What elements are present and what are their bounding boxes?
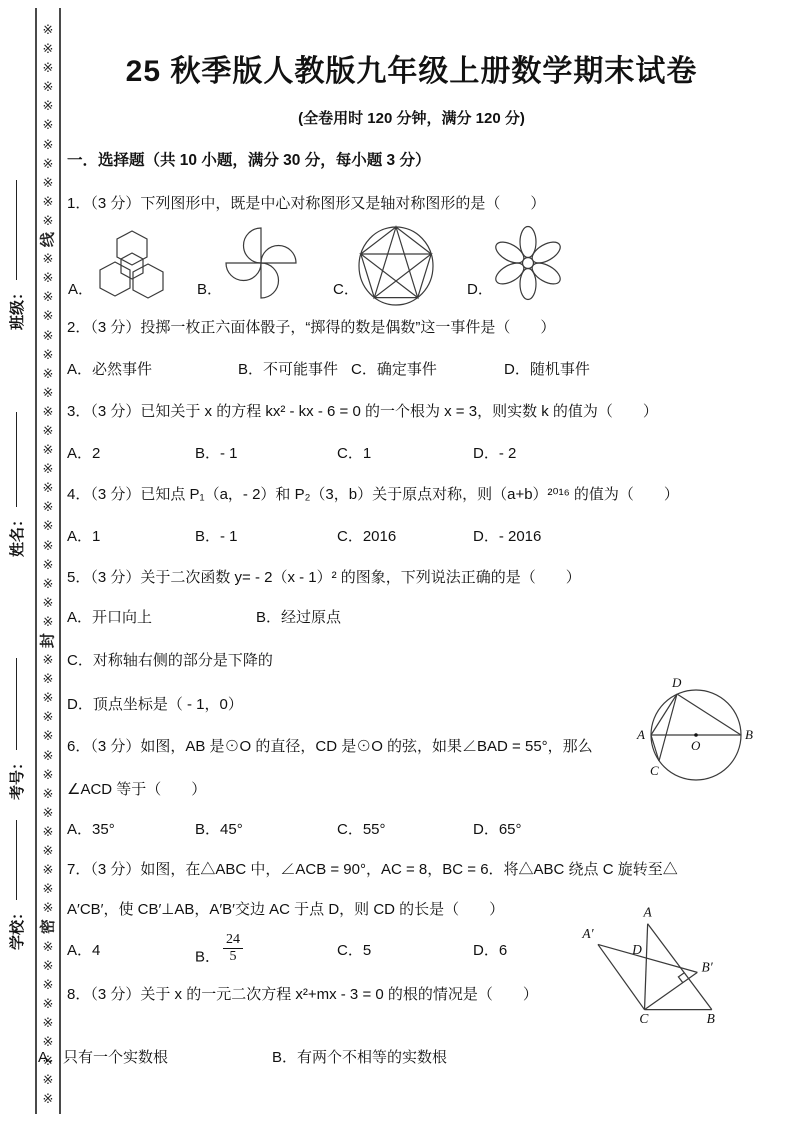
q1-figure-c-star-circle xyxy=(356,226,436,306)
flower-petals xyxy=(492,227,563,300)
q3-option-c: C．1 xyxy=(337,444,371,464)
q2-option-d: D．随机事件 xyxy=(504,360,590,380)
seal-symbol: ※ xyxy=(36,115,60,134)
q2-option-a: A．必然事件 xyxy=(67,360,152,380)
seal-symbol: ※ xyxy=(36,879,60,898)
exam-paper-page: ※※※※※※※※※※※线※※※※※※※※※※※※※※※※※※※※封※※※※※※※… xyxy=(0,0,793,1122)
seal-symbol: ※ xyxy=(36,421,60,440)
point-label-d: D xyxy=(631,942,642,957)
school-field-label: 学校： xyxy=(6,905,27,950)
seal-symbol: ※ xyxy=(36,516,60,535)
q4-option-d: D．- 2016 xyxy=(473,527,541,547)
class-field-blank xyxy=(15,180,17,280)
q7-option-a: A．4 xyxy=(67,941,100,961)
seal-symbol: ※ xyxy=(36,135,60,154)
point-label-a-prime: A′ xyxy=(581,926,594,941)
q1-figure-b-pinwheel xyxy=(220,222,302,304)
seal-symbol: ※ xyxy=(36,154,60,173)
seal-symbol: ※ xyxy=(36,841,60,860)
class-field: 班级： xyxy=(6,150,26,330)
q4-option-a: A．1 xyxy=(67,527,100,547)
seal-column: ※※※※※※※※※※※线※※※※※※※※※※※※※※※※※※※※封※※※※※※※… xyxy=(36,20,60,1108)
flower-center xyxy=(523,258,534,269)
hexagon-shape xyxy=(133,264,163,298)
seal-symbol: ※ xyxy=(36,669,60,688)
outer-circle xyxy=(359,227,433,305)
question-3-text: 3．（3 分）已知关于 x 的方程 kx² - kx - 6 = 0 的一个根为… xyxy=(67,402,658,422)
point-label-c: C xyxy=(650,763,659,778)
q5-option-c: C．对称轴右侧的部分是下降的 xyxy=(67,651,273,671)
right-angle-mark xyxy=(678,973,684,983)
q6-option-b: B．45° xyxy=(195,820,243,840)
q6-figure-circle-diagram: A B D C O xyxy=(628,672,768,800)
question-6-text: 6．（3 分）如图，AB 是⊙O 的直径，CD 是⊙O 的弦，如果∠BAD = … xyxy=(67,737,593,757)
class-field-label: 班级： xyxy=(6,285,27,330)
seal-symbol: ※ xyxy=(36,326,60,345)
page-subtitle: (全卷用时 120 分钟，满分 120 分) xyxy=(63,107,760,128)
question-2-text: 2．（3 分）投掷一枚正六面体骰子，“掷得的数是偶数”这一事件是（ ） xyxy=(67,318,555,338)
q1-option-b-label: B． xyxy=(197,280,222,300)
seal-symbol: ※ xyxy=(36,173,60,192)
q3-option-d: D．- 2 xyxy=(473,444,516,464)
q3-option-a: A．2 xyxy=(67,444,100,464)
seal-symbol: ※ xyxy=(36,574,60,593)
q5-option-d: D．顶点坐标是（ - 1，0） xyxy=(67,695,243,715)
fraction-numerator: 24 xyxy=(223,932,243,949)
seal-symbol: ※ xyxy=(36,803,60,822)
question-5-text: 5．（3 分）关于二次函数 y= - 2（x - 1）² 的图象，下列说法正确的… xyxy=(67,568,581,588)
seal-symbol: ※ xyxy=(36,860,60,879)
q1-option-a-label: A． xyxy=(68,280,93,300)
seal-symbol: ※ xyxy=(36,937,60,956)
point-label-b: B xyxy=(745,727,753,742)
seal-symbol: ※ xyxy=(36,1013,60,1032)
q1-figure-a-hexagons xyxy=(93,226,171,306)
seal-symbol: ※ xyxy=(36,459,60,478)
q2-option-b: B．不可能事件 xyxy=(238,360,338,380)
q1-option-c-label: C． xyxy=(333,280,359,300)
seal-symbol: ※ xyxy=(36,249,60,268)
seal-symbol: ※ xyxy=(36,765,60,784)
q6-option-d: D．65° xyxy=(473,820,522,840)
seal-symbol: ※ xyxy=(36,1070,60,1089)
q5-option-b: B．经过原点 xyxy=(256,608,341,628)
seal-symbol: ※ xyxy=(36,39,60,58)
question-7-text: 7．（3 分）如图，在△ABC 中，∠ACB = 90°，AC = 8，BC =… xyxy=(67,860,678,880)
seal-symbol: ※ xyxy=(36,478,60,497)
q3-option-b: B．- 1 xyxy=(195,444,238,464)
seal-character: 密 xyxy=(38,915,57,939)
seal-symbol: ※ xyxy=(36,707,60,726)
hexagon-shape xyxy=(100,262,130,296)
seal-symbol: ※ xyxy=(36,956,60,975)
seal-symbol: ※ xyxy=(36,497,60,516)
name-field-blank xyxy=(15,412,17,507)
q6-option-a: A．35° xyxy=(67,820,115,840)
seal-symbol: ※ xyxy=(36,536,60,555)
seal-symbol: ※ xyxy=(36,96,60,115)
seal-symbol: ※ xyxy=(36,58,60,77)
seal-symbol: ※ xyxy=(36,77,60,96)
point-label-d: D xyxy=(671,675,682,690)
q6-option-c: C．55° xyxy=(337,820,386,840)
question-1-text: 1．（3 分）下列图形中，既是中心对称图形又是轴对称图形的是（ ） xyxy=(67,194,545,214)
seal-symbol: ※ xyxy=(36,555,60,574)
seal-symbol: ※ xyxy=(36,383,60,402)
exam-number-field: 考号： xyxy=(6,640,26,800)
q8-option-b: B．有两个不相等的实数根 xyxy=(272,1048,447,1068)
center-point-o xyxy=(694,733,698,737)
q7-figure-triangle-diagram: A A′ D B′ C B xyxy=(558,903,758,1048)
q1-figure-d-flower xyxy=(489,224,567,302)
school-field: 学校： xyxy=(6,810,26,950)
q7-option-d: D．6 xyxy=(473,941,507,961)
point-label-a: A xyxy=(636,727,645,742)
seal-symbol: ※ xyxy=(36,650,60,669)
seal-character: 封 xyxy=(38,629,57,653)
fraction: 245 xyxy=(223,932,243,965)
point-label-a: A xyxy=(643,904,653,919)
seal-symbol: ※ xyxy=(36,975,60,994)
seal-symbol: ※ xyxy=(36,1089,60,1108)
seal-symbol: ※ xyxy=(36,306,60,325)
point-label-o: O xyxy=(691,738,701,753)
question-4-text: 4．（3 分）已知点 P₁（a，- 2）和 P₂（3，b）关于原点对称，则（a+… xyxy=(67,485,679,505)
q7-option-b-label: B． xyxy=(195,949,220,966)
point-label-b-prime: B′ xyxy=(702,959,714,974)
seal-symbol: ※ xyxy=(36,784,60,803)
chord-ac xyxy=(651,735,659,761)
seal-symbol: ※ xyxy=(36,746,60,765)
q7-option-c: C．5 xyxy=(337,941,371,961)
seal-character: 线 xyxy=(38,228,57,252)
seal-symbol: ※ xyxy=(36,688,60,707)
question-6-text-line2: ∠ACD 等于（ ） xyxy=(67,780,206,800)
name-field: 姓名： xyxy=(6,397,26,557)
school-field-blank xyxy=(15,820,17,900)
seal-symbol: ※ xyxy=(36,268,60,287)
seal-symbol: ※ xyxy=(36,402,60,421)
seal-symbol: ※ xyxy=(36,994,60,1013)
seal-symbol: ※ xyxy=(36,822,60,841)
seal-symbol: ※ xyxy=(36,593,60,612)
seal-symbol: ※ xyxy=(36,20,60,39)
segment-c-b-prime xyxy=(645,972,698,1009)
exam-number-field-blank xyxy=(15,658,17,750)
chord-db xyxy=(677,694,741,735)
q8-option-a: A．只有一个实数根 xyxy=(38,1048,168,1068)
q4-option-c: C．2016 xyxy=(337,527,396,547)
seal-symbol: ※ xyxy=(36,726,60,745)
page-title: 25 秋季版人教版九年级上册数学期末试卷 xyxy=(63,46,760,90)
section-heading: 一．选择题（共 10 小题，满分 30 分，每小题 3 分） xyxy=(67,148,430,170)
seal-symbol: ※ xyxy=(36,440,60,459)
hexagon-shape xyxy=(121,253,143,279)
segment-ac xyxy=(645,924,648,1010)
segment-a-prime-b-prime xyxy=(598,944,697,972)
fraction-denominator: 5 xyxy=(223,949,243,965)
question-8-text: 8．（3 分）关于 x 的一元二次方程 x²+mx - 3 = 0 的根的情况是… xyxy=(67,985,538,1005)
pinwheel-blades xyxy=(226,228,296,298)
name-field-label: 姓名： xyxy=(6,512,27,557)
point-label-c: C xyxy=(639,1011,649,1026)
chord-dc xyxy=(659,694,677,761)
question-7-text-line2: A′CB′，使 CB′⊥AB，A′B′交边 AC 于点 D，则 CD 的长是（ … xyxy=(67,900,504,920)
chord-ad xyxy=(651,694,677,735)
seal-symbol: ※ xyxy=(36,345,60,364)
q4-option-b: B．- 1 xyxy=(195,527,238,547)
q2-option-c: C．确定事件 xyxy=(351,360,437,380)
q5-option-a: A．开口向上 xyxy=(67,608,152,628)
exam-number-field-label: 考号： xyxy=(6,755,27,800)
seal-symbol: ※ xyxy=(36,364,60,383)
seal-symbol: ※ xyxy=(36,192,60,211)
point-label-b: B xyxy=(707,1011,715,1026)
seal-symbol: ※ xyxy=(36,287,60,306)
q7-option-b: B．245 xyxy=(195,941,243,974)
